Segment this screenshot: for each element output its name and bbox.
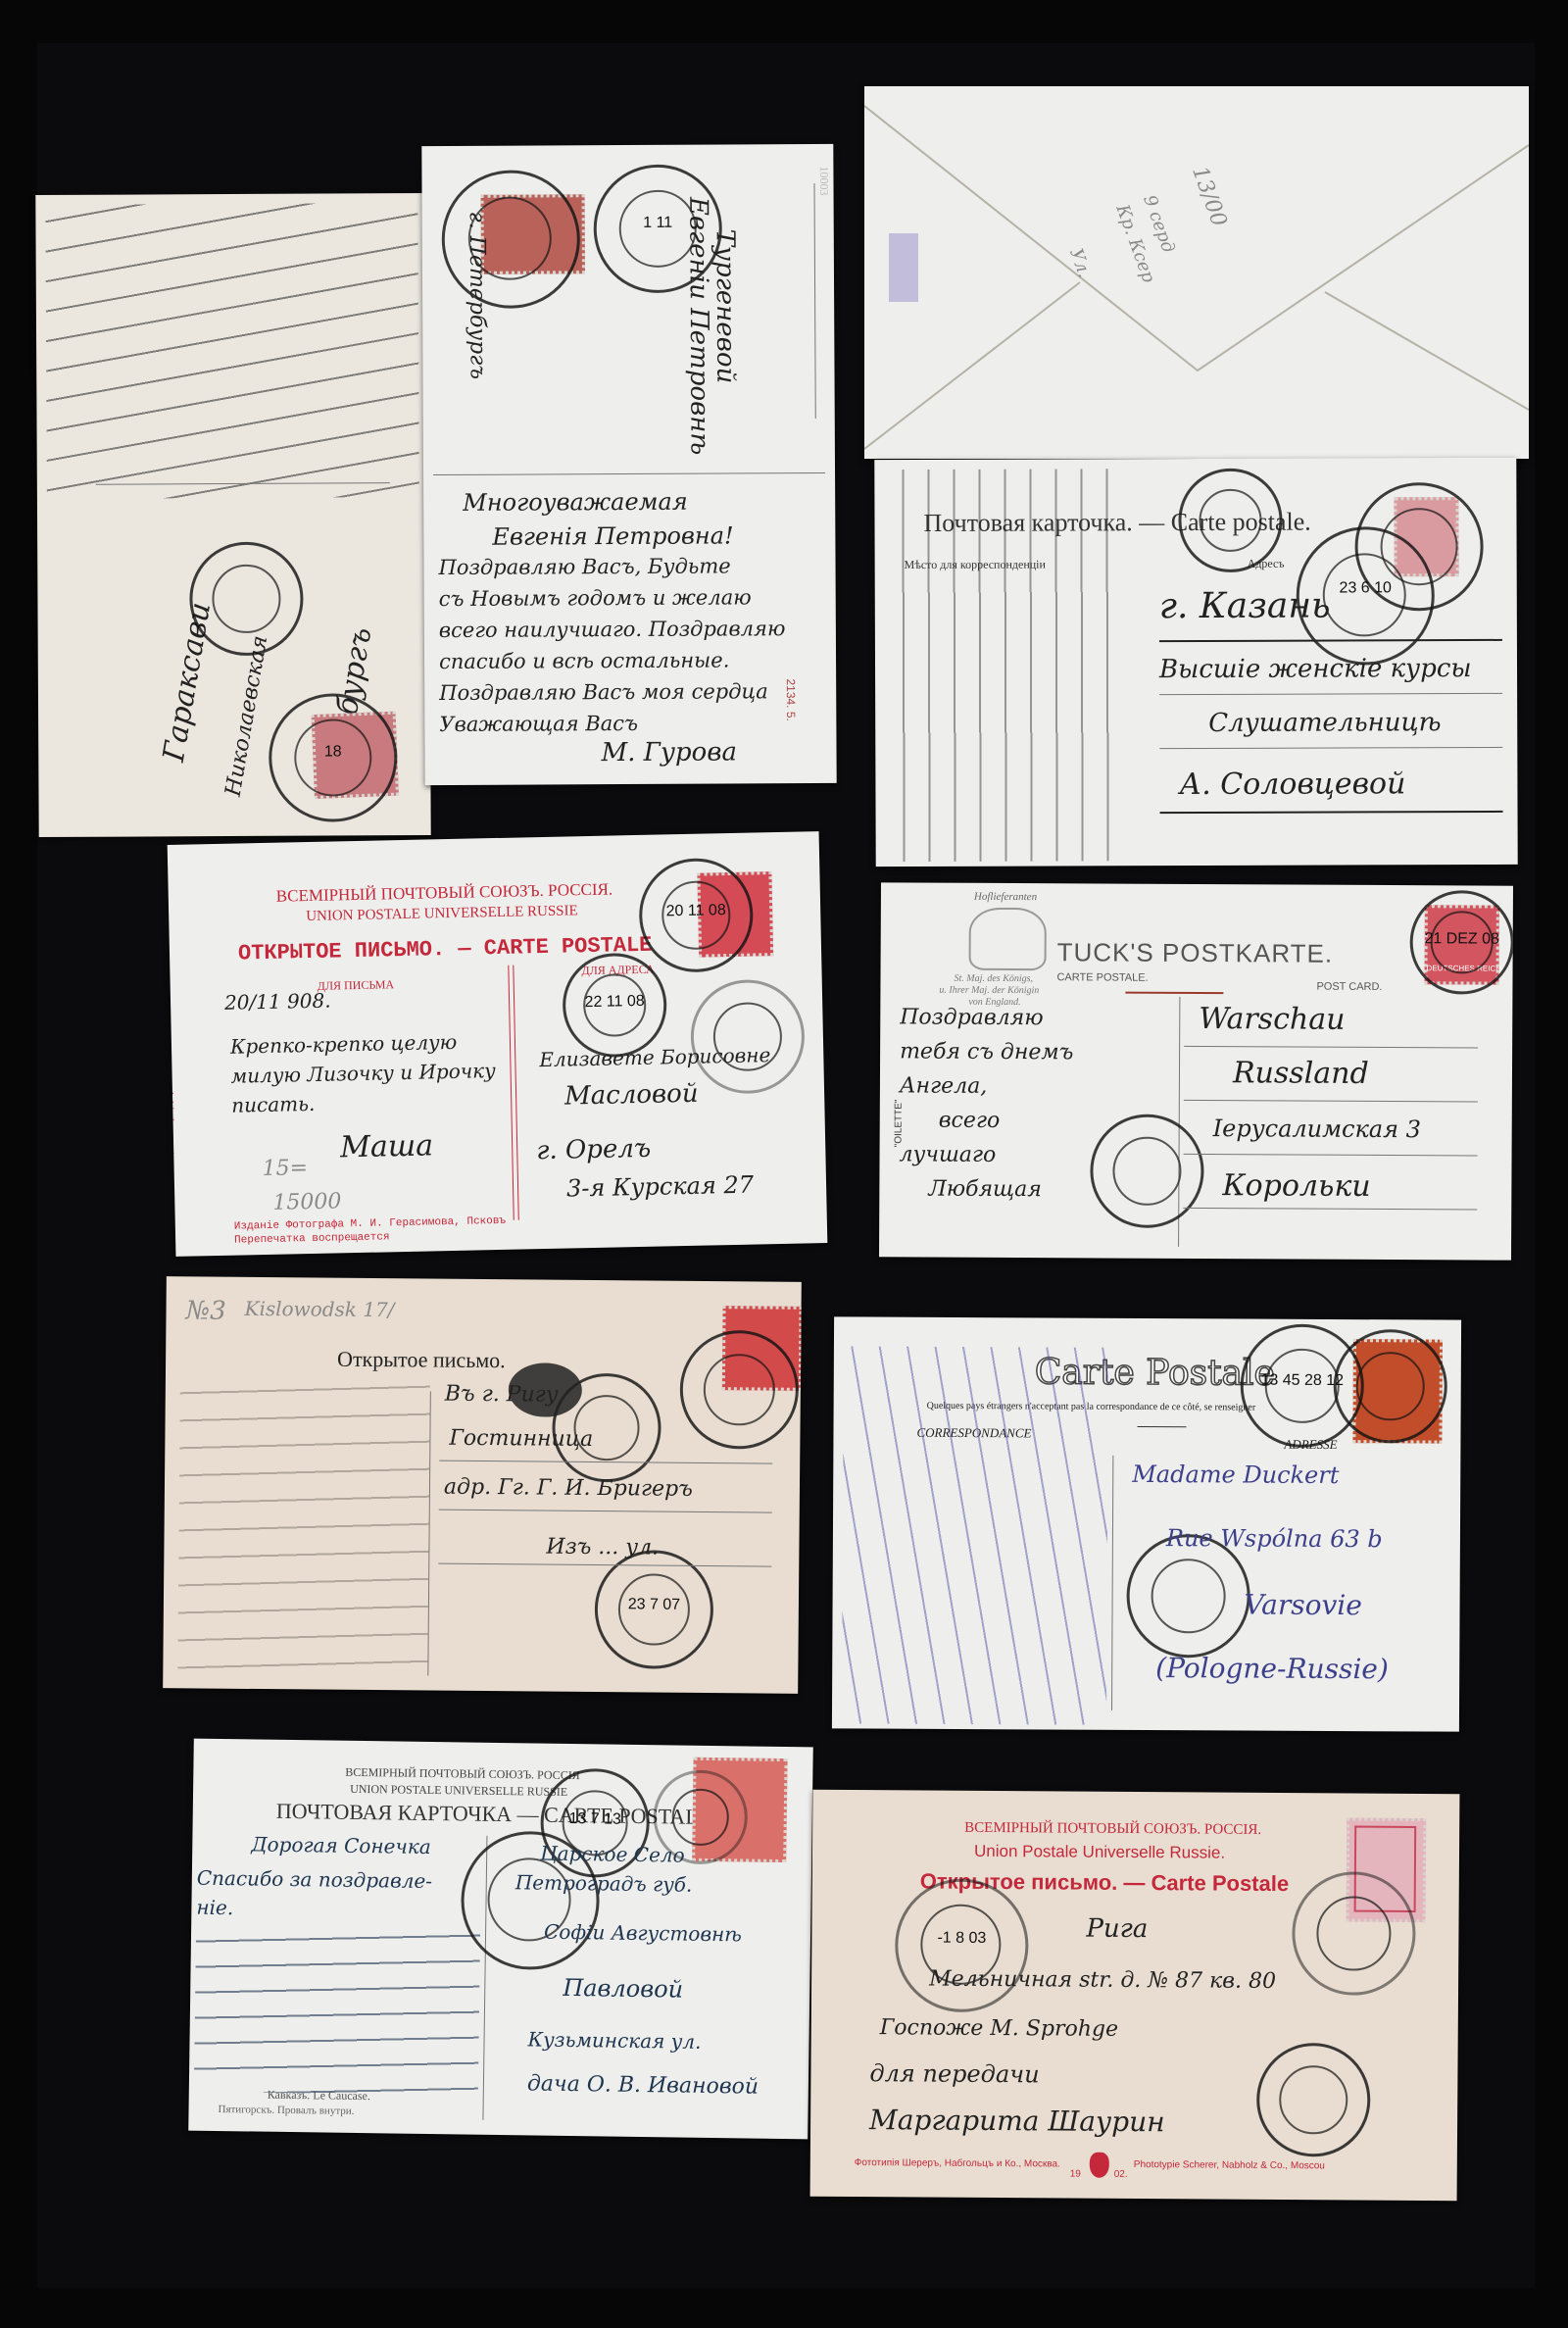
address-line: А. Соловцевой [1179,767,1405,802]
postcard-pyatigorsk-2: ВСЕМІРНЫЙ ПОЧТОВЫЙ СОЮЗЪ. РОССІЯ UNION P… [188,1739,813,2140]
divider [1125,992,1223,995]
postcard-pyatigorsk-1: №3 Kislowodsk 17/ Открытое письмо. 23 7 … [163,1276,802,1694]
address-line: Маргарита Шаурин [869,2104,1165,2138]
address-rule [438,1563,771,1567]
address-rule [1184,1046,1478,1049]
imprint: Кавказъ. Le Caucase. [268,2088,370,2104]
address-line: Въ г. Ригу [445,1382,559,1408]
handwriting: Уважающая Васъ [439,712,638,736]
handwriting: Евгенія Петровна! [492,521,733,550]
postmark [679,1330,799,1450]
handwriting: Поздравляю [900,1005,1043,1030]
divider [813,183,815,419]
postmark: 23 7 07 [594,1550,713,1669]
postcard-france: Carte Postale Quelques pays étrangers n'… [832,1316,1461,1731]
card-title: TUCK'S POSTKARTE. [1057,937,1334,968]
imprint: Изданіе Фотографа М. И. Герасимова, Пско… [234,1215,506,1233]
handwriting: Любящая [928,1177,1042,1203]
divider [513,966,518,1220]
header-fr: Union Postale Universelle Russie. [974,1842,1225,1863]
reference-number: 10003 [816,166,831,195]
crest-label: Hoflieferanten [974,891,1037,903]
postmark [690,978,806,1094]
handwriting: Ангела, [900,1073,988,1098]
postcard-letter-back: Оренбургъ Николаевская Гараксави 18 [35,193,430,837]
address-rule [1159,747,1502,749]
handwriting: писать. [231,1092,316,1117]
address-line: для передачи [869,2059,1039,2088]
postmark: -1 8 03 [895,1878,1029,2012]
divider [433,472,825,475]
imprint-year: 02. [1114,2169,1128,2180]
envelope-back: 13/00 9 серд Кр. Ксер Ул. [864,86,1529,459]
address-line: Слушательницѣ [1208,708,1441,738]
address-line: Warschau [1199,1002,1345,1037]
address-line: Царское Село [540,1842,685,1867]
handwriting: Николаевская [221,634,273,799]
address-line: Петроградъ губ. [515,1870,693,1897]
handwriting: съ Новымъ годомъ и желаю [439,585,752,611]
address-rule [1184,1100,1478,1103]
imprint: Фототипія Шереръ, Набгольцъ и Ко., Москв… [855,2157,1060,2169]
handwriting: Дорогая Сонечка [251,1832,431,1858]
handwriting: Поздравляю Васъ, Будьте [438,554,730,579]
postmark [1256,2043,1371,2157]
address-rule [1159,693,1502,695]
faded-handwriting [177,1374,430,1670]
postmark: 22 11 08 [562,952,667,1058]
address-line: (Pologne-Russie) [1155,1652,1389,1685]
handwriting: всего наилучшаго. Поздравляю [439,617,786,642]
handwriting: Крепко-крепко целую [230,1030,458,1059]
address-line: Іерусалимская 3 [1213,1114,1421,1143]
address-rule [1184,1154,1478,1157]
dense-handwriting [194,1925,480,2096]
address-line: Масловой [564,1079,699,1112]
card-title: Открытое письмо. [337,1347,506,1373]
header-fr: UNION POSTALE UNIVERSELLE RUSSIE [306,903,578,925]
address-line: г. Орелъ [536,1134,652,1165]
postmark: 18 [269,693,398,822]
divider [1138,1426,1187,1427]
postcard-tucks: Hoflieferanten St. Maj. des Königs, u. I… [879,882,1513,1260]
address-line: Изъ ... ул. [546,1535,659,1560]
imprint: Перепечатка воспрещается [234,1231,390,1246]
imprint: Phototypie Scherer, Nabholz & Co., Mosco… [1134,2159,1325,2171]
address-line: Varsovie [1244,1589,1361,1622]
crest-caption: u. Ihrer Maj. der Königin [939,985,1039,997]
postmark: 21 DEZ 08 [1409,890,1513,995]
address-line: Madame Duckert [1132,1461,1339,1489]
imprint: 2134. 5. [784,678,798,720]
address-line: Елизавете Борисовне [539,1043,770,1071]
address-line: Высшіе женскіе курсы [1159,654,1472,684]
address-line: дача О. В. Ивановой [527,2071,759,2099]
address-line: Рига [1086,1914,1148,1944]
address-line: 3-я Курская 27 [566,1171,754,1203]
series-label: "OILETTE" [893,1099,904,1147]
handwriting-vertical [884,469,1110,862]
handwriting: Спасибо за поздравле- [197,1866,432,1893]
envelope-flaps [864,86,1529,459]
address-line: Гостинница [449,1426,593,1452]
handwriting: милую Лизочку и Ирочку [230,1059,496,1088]
handwriting: тебя съ днемъ [900,1039,1073,1065]
signature: Маша [340,1128,434,1164]
side-imprint: AUS DEM SCHOTTISCHEN HOCHLAND — Serie II… [879,960,882,1168]
address-line: Rue Wspólna 63 b [1166,1524,1383,1553]
sub-label: CARTE POSTALE. [1056,971,1148,983]
address-line: г. Казань [1159,586,1331,627]
postmark [189,542,304,657]
postcard-kazan: Почтовая карточка. — Carte postale. Мѣст… [874,458,1517,867]
blue-handwriting [842,1346,1108,1724]
postmark [1090,1114,1204,1228]
address-rule [439,1510,772,1513]
address-line: Госпоже М. Sprohge [880,2015,1118,2042]
postmark [1126,1534,1250,1659]
pencil-note: 15000 [272,1189,342,1214]
sub-label: POST CARD. [1316,981,1382,993]
address-line: Кузьминская ул. [527,2027,701,2053]
handwriting: лучшаго [899,1142,996,1167]
address-line: Russland [1233,1056,1369,1091]
pencil-note: 15= [262,1156,308,1181]
pencil-note: Kislowodsk 17/ [244,1297,394,1321]
postmark [1333,1329,1447,1444]
signature: М. Гурова [601,737,737,768]
address-line: Мельничная str. д. № 87 кв. 80 [929,1967,1276,1994]
postcard-greeting: 1 11 10003 г. Петербургъ Евгеніи Петровн… [421,144,836,785]
dense-handwriting [45,203,419,499]
royal-crest-icon [969,908,1047,970]
pencil-note: №3 [185,1296,225,1325]
handwriting: Многоуважаемая [463,488,688,517]
postcard-pskov: ВСЕМІРНЫЙ ПОЧТОВЫЙ СОЮЗЪ. РОССІЯ. UNION … [168,831,828,1257]
divider [1111,1456,1113,1710]
postmark [441,170,580,309]
ink-smudge [889,233,918,302]
address-rule [1183,1208,1477,1211]
crest-caption: St. Maj. des Königs, [954,973,1033,984]
handwriting: 20/11 908. [224,989,331,1015]
imprint: Пятигорскъ. Провалъ внутри. [218,2104,354,2117]
handwriting: спасибо и всѣ остальные. [439,648,729,673]
underline [1160,811,1503,814]
imperial-eagle-icon [1090,2153,1109,2178]
handwriting: г. Петербургъ [465,212,490,379]
postcard-riga: ВСЕМІРНЫЙ ПОЧТОВЫЙ СОЮЗЪ. РОССІЯ. Union … [810,1790,1460,2202]
address-line: Корольки [1222,1168,1370,1204]
postmark [1292,1871,1416,1996]
address-line: Павловой [563,1974,683,2004]
address-line: адр. Гг. Г. И. Бригеръ [444,1475,693,1502]
handwriting: ніе. [196,1896,233,1920]
handwriting: Поздравляю Васъ моя сердца [439,679,768,705]
header-fr: UNION POSTALE UNIVERSELLE RUSSIE [350,1782,567,1800]
postmark [1178,469,1282,572]
handwriting: всего [939,1109,1001,1133]
address-line: Софіи Августовнѣ [544,1920,742,1947]
handwriting: Тургеневой [710,229,741,384]
imprint-year: 19 [1070,2169,1081,2180]
header-ru: ВСЕМІРНЫЙ ПОЧТОВЫЙ СОЮЗЪ. РОССІЯ. [964,1820,1261,1839]
header-ru: ВСЕМІРНЫЙ ПОЧТОВЫЙ СОЮЗЪ. РОССІЯ [345,1765,580,1783]
